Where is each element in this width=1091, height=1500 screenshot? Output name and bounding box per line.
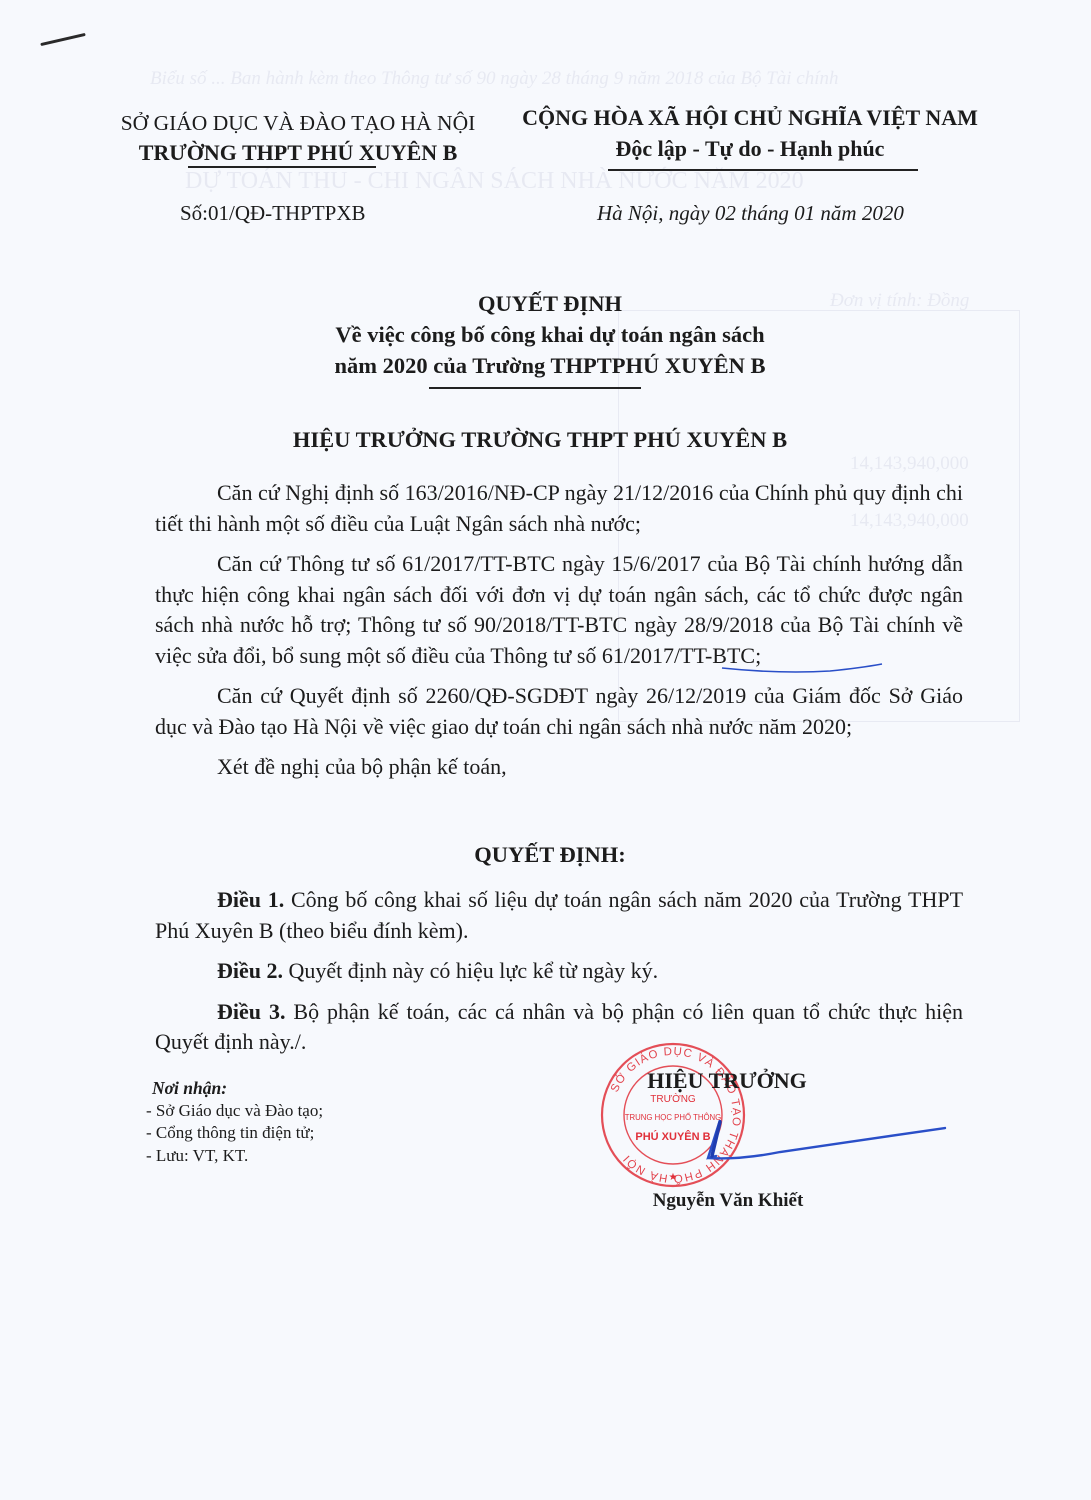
recipients-heading: Nơi nhận: — [146, 1077, 323, 1100]
article-label: Điều 2. — [217, 958, 283, 983]
signer-title: HIỆU TRƯỞNG — [622, 1068, 832, 1094]
article-1: Điều 1. Công bố công khai số liệu dự toá… — [155, 885, 963, 946]
title-subject-line: năm 2020 của Trường THPTPHÚ XUYÊN B — [230, 350, 870, 381]
svg-text:★: ★ — [669, 1172, 678, 1183]
recipient-item: - Cổng thông tin điện tử; — [146, 1122, 323, 1145]
divider — [188, 166, 376, 168]
decision-heading: QUYẾT ĐỊNH: — [230, 842, 870, 868]
divider — [429, 387, 641, 389]
preamble-paragraph: Căn cứ Quyết định số 2260/QĐ-SGDĐT ngày … — [155, 681, 963, 742]
handwritten-signature — [690, 1120, 950, 1180]
article-3: Điều 3. Bộ phận kế toán, các cá nhân và … — [155, 997, 963, 1058]
article-2: Điều 2. Quyết định này có hiệu lực kể từ… — [155, 956, 963, 987]
recipient-item: - Lưu: VT, KT. — [146, 1145, 323, 1168]
issuer-title: HIỆU TRƯỞNG TRƯỜNG THPT PHÚ XUYÊN B — [190, 427, 890, 453]
nation-name: CỘNG HÒA XÃ HỘI CHỦ NGHĨA VIỆT NAM — [500, 102, 1000, 133]
recipient-item: - Sở Giáo dục và Đào tạo; — [146, 1100, 323, 1123]
signer-name: Nguyễn Văn Khiết — [618, 1190, 838, 1212]
divider — [608, 169, 918, 171]
department-name: SỞ GIÁO DỤC VÀ ĐÀO TẠO HÀ NỘI — [88, 108, 508, 138]
preamble-paragraph: Xét đề nghị của bộ phận kế toán, — [155, 752, 963, 783]
header-right: CỘNG HÒA XÃ HỘI CHỦ NGHĨA VIỆT NAM Độc l… — [500, 102, 1000, 164]
title-heading: QUYẾT ĐỊNH — [230, 288, 870, 319]
school-name: TRƯỜNG THPT PHÚ XUYÊN B — [88, 138, 508, 168]
bleed-through-text: DỰ TOÁN THU - CHI NGÂN SÁCH NHÀ NƯỚC NĂM… — [185, 168, 804, 195]
document-title: QUYẾT ĐỊNH Về việc công bố công khai dự … — [230, 288, 870, 381]
bleed-through-text: Biểu số ... Ban hành kèm theo Thông tư s… — [150, 68, 839, 90]
recipients: Nơi nhận: - Sở Giáo dục và Đào tạo; - Cổ… — [146, 1077, 323, 1167]
article-text: Quyết định này có hiệu lực kể từ ngày ký… — [283, 958, 658, 983]
article-label: Điều 1. — [217, 887, 284, 912]
title-subject-line: Về việc công bố công khai dự toán ngân s… — [230, 319, 870, 350]
place-date: Hà Nội, ngày 02 tháng 01 năm 2020 — [597, 201, 904, 226]
document-number: Số:01/QĐ-THPTPXB — [180, 201, 366, 226]
article-label: Điều 3. — [217, 999, 285, 1024]
national-motto: Độc lập - Tự do - Hạnh phúc — [500, 133, 1000, 164]
preamble-paragraph: Căn cứ Thông tư số 61/2017/TT-BTC ngày 1… — [155, 549, 963, 671]
header-left: SỞ GIÁO DỤC VÀ ĐÀO TẠO HÀ NỘI TRƯỜNG THP… — [88, 108, 508, 168]
preamble-paragraph: Căn cứ Nghị định số 163/2016/NĐ-CP ngày … — [155, 478, 963, 539]
preamble: Căn cứ Nghị định số 163/2016/NĐ-CP ngày … — [155, 478, 963, 783]
pen-underline-mark — [720, 662, 885, 676]
articles: Điều 1. Công bố công khai số liệu dự toá… — [155, 885, 963, 1058]
stray-pen-mark — [40, 33, 85, 46]
